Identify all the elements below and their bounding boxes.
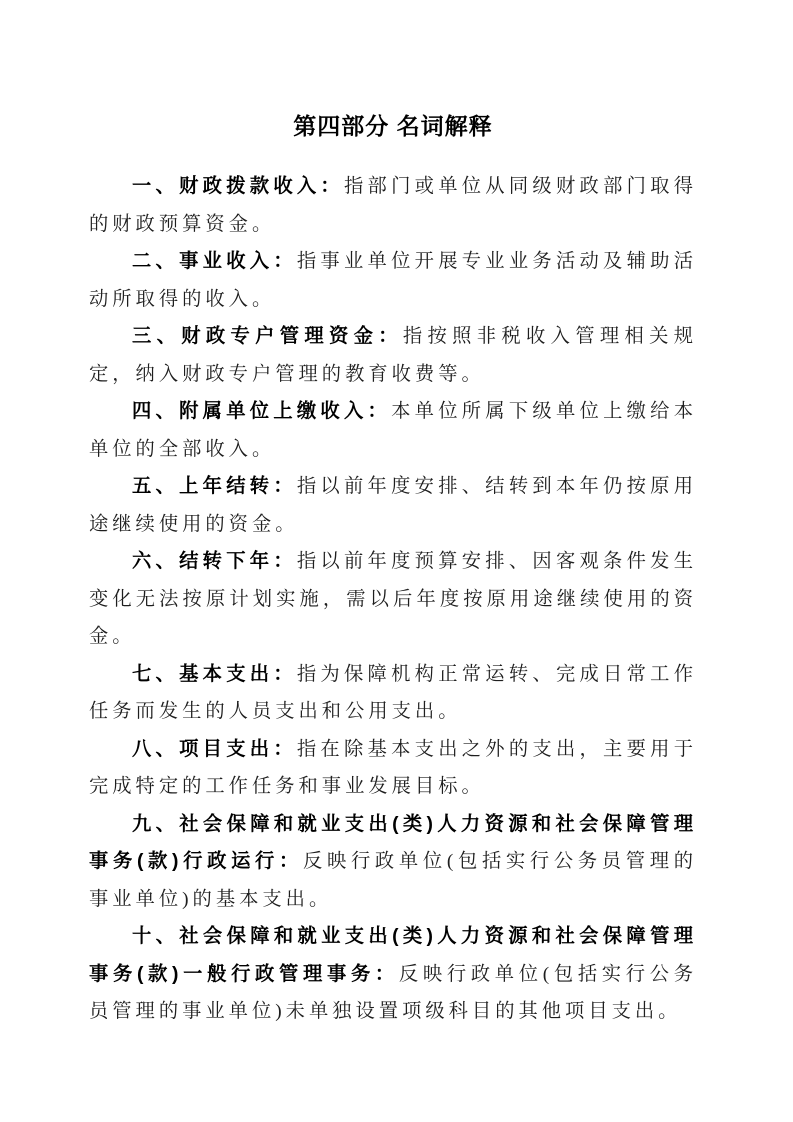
term-label: 五、上年结转： (132, 476, 297, 497)
glossary-paragraph: 九、社会保障和就业支出(类)人力资源和社会保障管理事务(款)行政运行：反映行政单… (89, 806, 697, 919)
term-label: 四、附属单位上缴收入： (132, 401, 391, 422)
glossary-paragraph: 六、结转下年：指以前年度预算安排、因客观条件发生变化无法按原计划实施，需以后年度… (89, 543, 697, 656)
term-label: 一、财政拨款收入： (132, 176, 344, 197)
glossary-paragraph: 五、上年结转：指以前年度安排、结转到本年仍按原用途继续使用的资金。 (89, 468, 697, 543)
glossary-paragraph: 一、财政拨款收入：指部门或单位从同级财政部门取得的财政预算资金。 (89, 168, 697, 243)
glossary-paragraph: 二、事业收入：指事业单位开展专业业务活动及辅助活动所取得的收入。 (89, 243, 697, 318)
document-content: 第四部分 名词解释 一、财政拨款收入：指部门或单位从同级财政部门取得的财政预算资… (89, 0, 697, 1031)
glossary-paragraph: 七、基本支出：指为保障机构正常运转、完成日常工作任务而发生的人员支出和公用支出。 (89, 656, 697, 731)
term-label: 六、结转下年： (132, 551, 297, 572)
glossary-paragraph: 八、项目支出：指在除基本支出之外的支出，主要用于完成特定的工作任务和事业发展目标… (89, 731, 697, 806)
glossary-list: 一、财政拨款收入：指部门或单位从同级财政部门取得的财政预算资金。 二、事业收入：… (89, 168, 697, 1031)
glossary-paragraph: 十、社会保障和就业支出(类)人力资源和社会保障管理事务(款)一般行政管理事务：反… (89, 918, 697, 1031)
glossary-paragraph: 四、附属单位上缴收入：本单位所属下级单位上缴给本单位的全部收入。 (89, 393, 697, 468)
term-label: 七、基本支出： (132, 664, 297, 685)
page-title: 第四部分 名词解释 (89, 110, 697, 143)
term-label: 八、项目支出： (132, 739, 297, 760)
document-page: 第四部分 名词解释 一、财政拨款收入：指部门或单位从同级财政部门取得的财政预算资… (0, 0, 793, 1122)
term-label: 三、财政专户管理资金： (132, 326, 403, 347)
glossary-paragraph: 三、财政专户管理资金：指按照非税收入管理相关规定，纳入财政专户管理的教育收费等。 (89, 318, 697, 393)
term-label: 二、事业收入： (132, 251, 297, 272)
